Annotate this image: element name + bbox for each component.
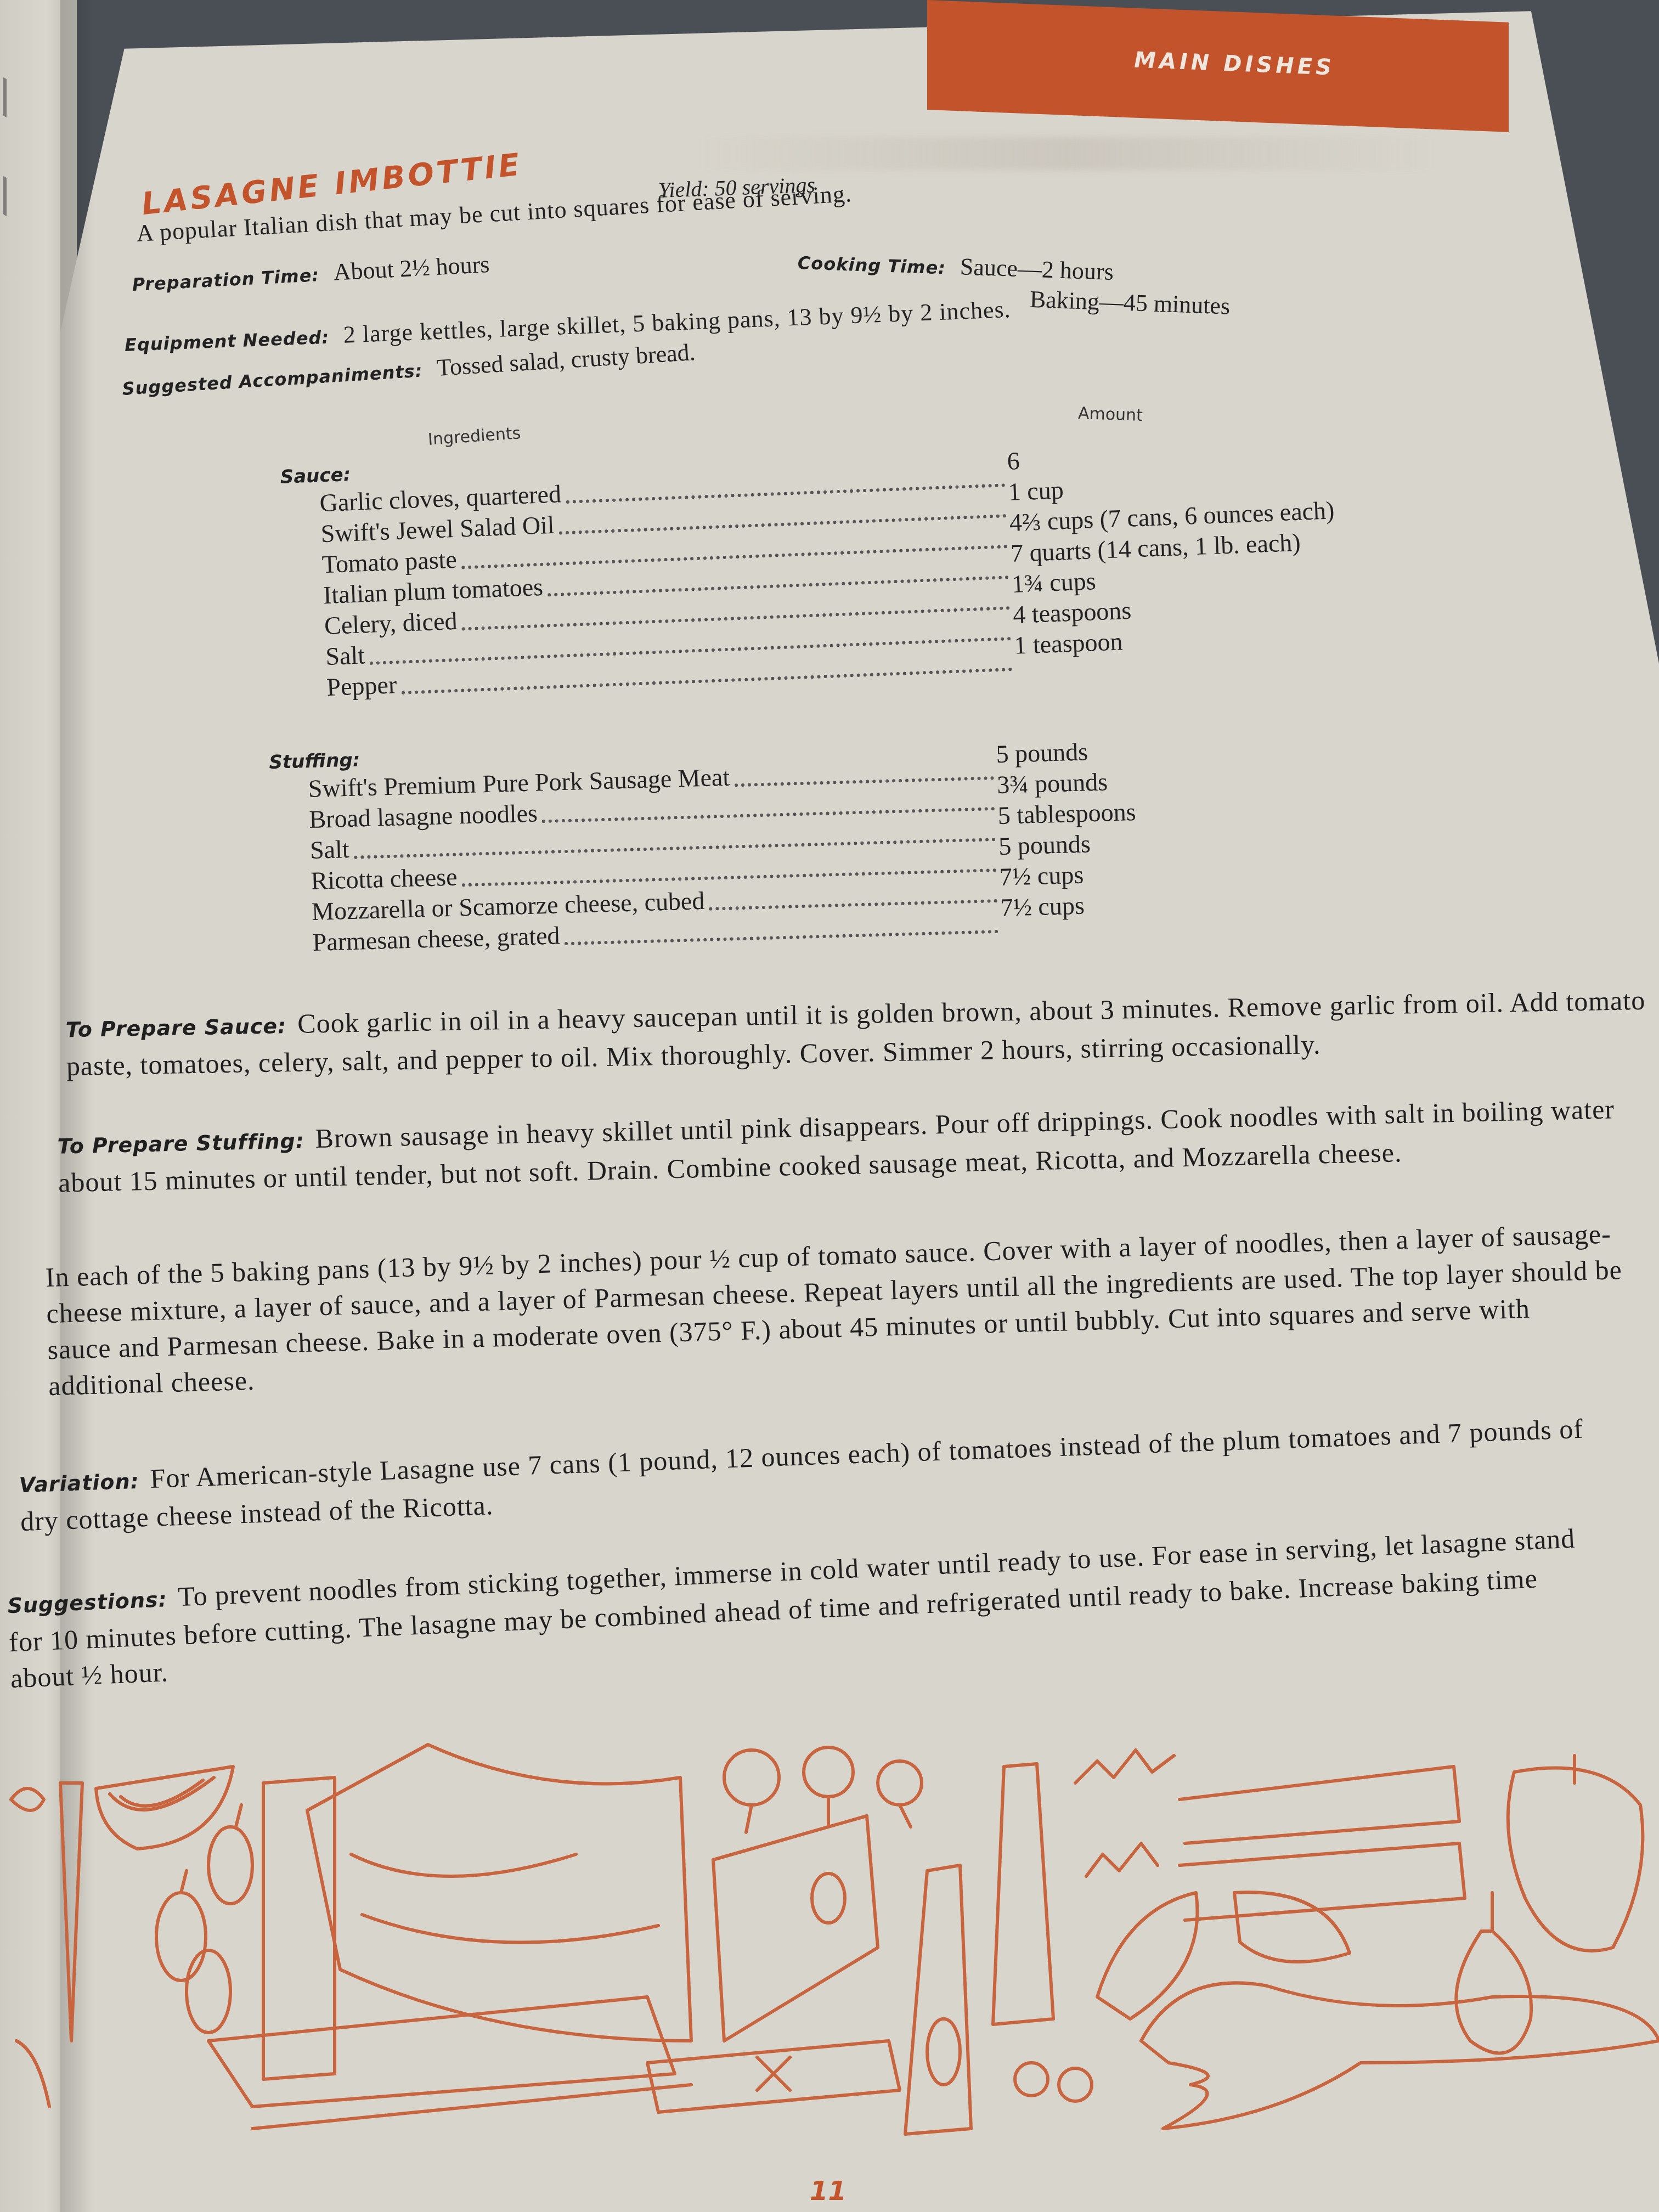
preparation-time-value: About 2½ hours	[333, 251, 490, 286]
cheese-wedge-icon	[307, 1745, 691, 2041]
cooking-time-label: Cooking Time:	[797, 252, 946, 278]
ingredients-column-header: Ingredients	[427, 424, 521, 449]
dot-leader	[565, 930, 998, 945]
oil-cruet-icon	[905, 1865, 971, 2134]
ingredient-name: Salt	[309, 834, 349, 865]
vinegar-cruet-icon	[993, 1764, 1092, 2101]
accompaniments-value: Tossed salad, crusty bread.	[436, 338, 696, 381]
ingredient-group-sauce: Sauce: Garlic cloves, quartered6Swift's …	[280, 418, 1550, 703]
instruction-text: Cook garlic in oil in a heavy saucepan u…	[66, 985, 1645, 1081]
ingredient-amount: 7½ cups	[1000, 891, 1085, 922]
ingredient-amount: 5 pounds	[998, 829, 1091, 861]
mushrooms-icon	[724, 1747, 922, 1832]
ingredient-name: Ricotta cheese	[311, 862, 458, 895]
bell-pepper-icon	[1508, 1756, 1643, 1951]
ingredient-amount: 5 tablespoons	[997, 797, 1136, 830]
accompaniments-label: Suggested Accompaniments:	[121, 360, 423, 399]
ingredient-name: Tomato paste	[321, 545, 458, 579]
preparation-time-label: Preparation Time:	[132, 264, 320, 295]
kitchen-illustration	[0, 1734, 1659, 2151]
instruction-text: In each of the 5 baking pans (13 by 9½ b…	[45, 1218, 1622, 1402]
ingredient-amount: 3¾ pounds	[996, 767, 1108, 799]
equipment-label: Equipment Needed:	[124, 327, 329, 356]
instruction-prepare-sauce: To Prepare Sauce:Cook garlic in oil in a…	[65, 982, 1646, 1084]
ingredient-amount: 5 pounds	[996, 737, 1088, 769]
instruction-suggestions: Suggestions:To prevent noodles from stic…	[7, 1520, 1590, 1696]
radishes-icon	[156, 1805, 252, 2033]
ingredient-name: Parmesan cheese, grated	[312, 921, 560, 957]
ingredient-group-stuffing: Stuffing: Swift's Premium Pure Pork Saus…	[269, 716, 1536, 958]
ingredient-name: Pepper	[326, 670, 397, 702]
onion-icon	[96, 1767, 233, 1849]
section-tab-label: MAIN DISHES	[1134, 47, 1335, 80]
section-tab: MAIN DISHES	[927, 0, 1509, 132]
instruction-label: To Prepare Stuffing:	[57, 1128, 304, 1158]
instruction-label: Suggestions:	[7, 1587, 168, 1618]
ingredient-name: Salt	[325, 640, 365, 671]
page-content: MAIN DISHES LASAGNE IMBOTTIE Yield: 50 s…	[0, 0, 1659, 2212]
ingredient-amount: 1¾ cups	[1011, 566, 1096, 599]
instruction-text: For American-style Lasagne use 7 cans (1…	[20, 1413, 1584, 1537]
instruction-assemble: In each of the 5 baking pans (13 by 9½ b…	[45, 1215, 1628, 1404]
amount-column-header: Amount	[1077, 404, 1143, 425]
instruction-label: To Prepare Sauce:	[65, 1014, 286, 1042]
fork-icon	[1141, 1983, 1659, 2129]
ingredient-amount: 1 teaspoon	[1013, 627, 1123, 660]
preparation-time: Preparation Time:About 2½ hours	[131, 250, 490, 297]
dot-leader	[402, 668, 1012, 695]
garlic-bulb-icon	[1456, 1893, 1531, 2053]
instruction-variation: Variation:For American-style Lasagne use…	[19, 1410, 1600, 1539]
ingredient-amount: 6	[1007, 446, 1020, 476]
page-number: 11	[810, 2176, 847, 2207]
instruction-prepare-stuffing: To Prepare Stuffing:Brown sausage in hea…	[57, 1090, 1638, 1200]
cooking-time-sauce: Sauce—2 hours	[960, 253, 1114, 285]
carrot-icon	[11, 1783, 82, 2107]
instruction-text: To prevent noodles from sticking togethe…	[8, 1523, 1576, 1694]
instruction-label: Variation:	[19, 1469, 139, 1498]
ingredient-amount: 1 cup	[1008, 475, 1064, 506]
ingredient-amount: 4 teaspoons	[1012, 596, 1132, 629]
cooking-time-baking: Baking—45 minutes	[1029, 285, 1231, 320]
cutting-board-icon	[208, 1778, 691, 2129]
ingredient-rows: Swift's Premium Pure Pork Sausage Meat5 …	[269, 738, 1536, 958]
ingredient-amount: 7½ cups	[999, 860, 1084, 891]
ingredient-name: Celery, diced	[324, 606, 458, 640]
bleed-through-smudge	[697, 137, 1437, 170]
